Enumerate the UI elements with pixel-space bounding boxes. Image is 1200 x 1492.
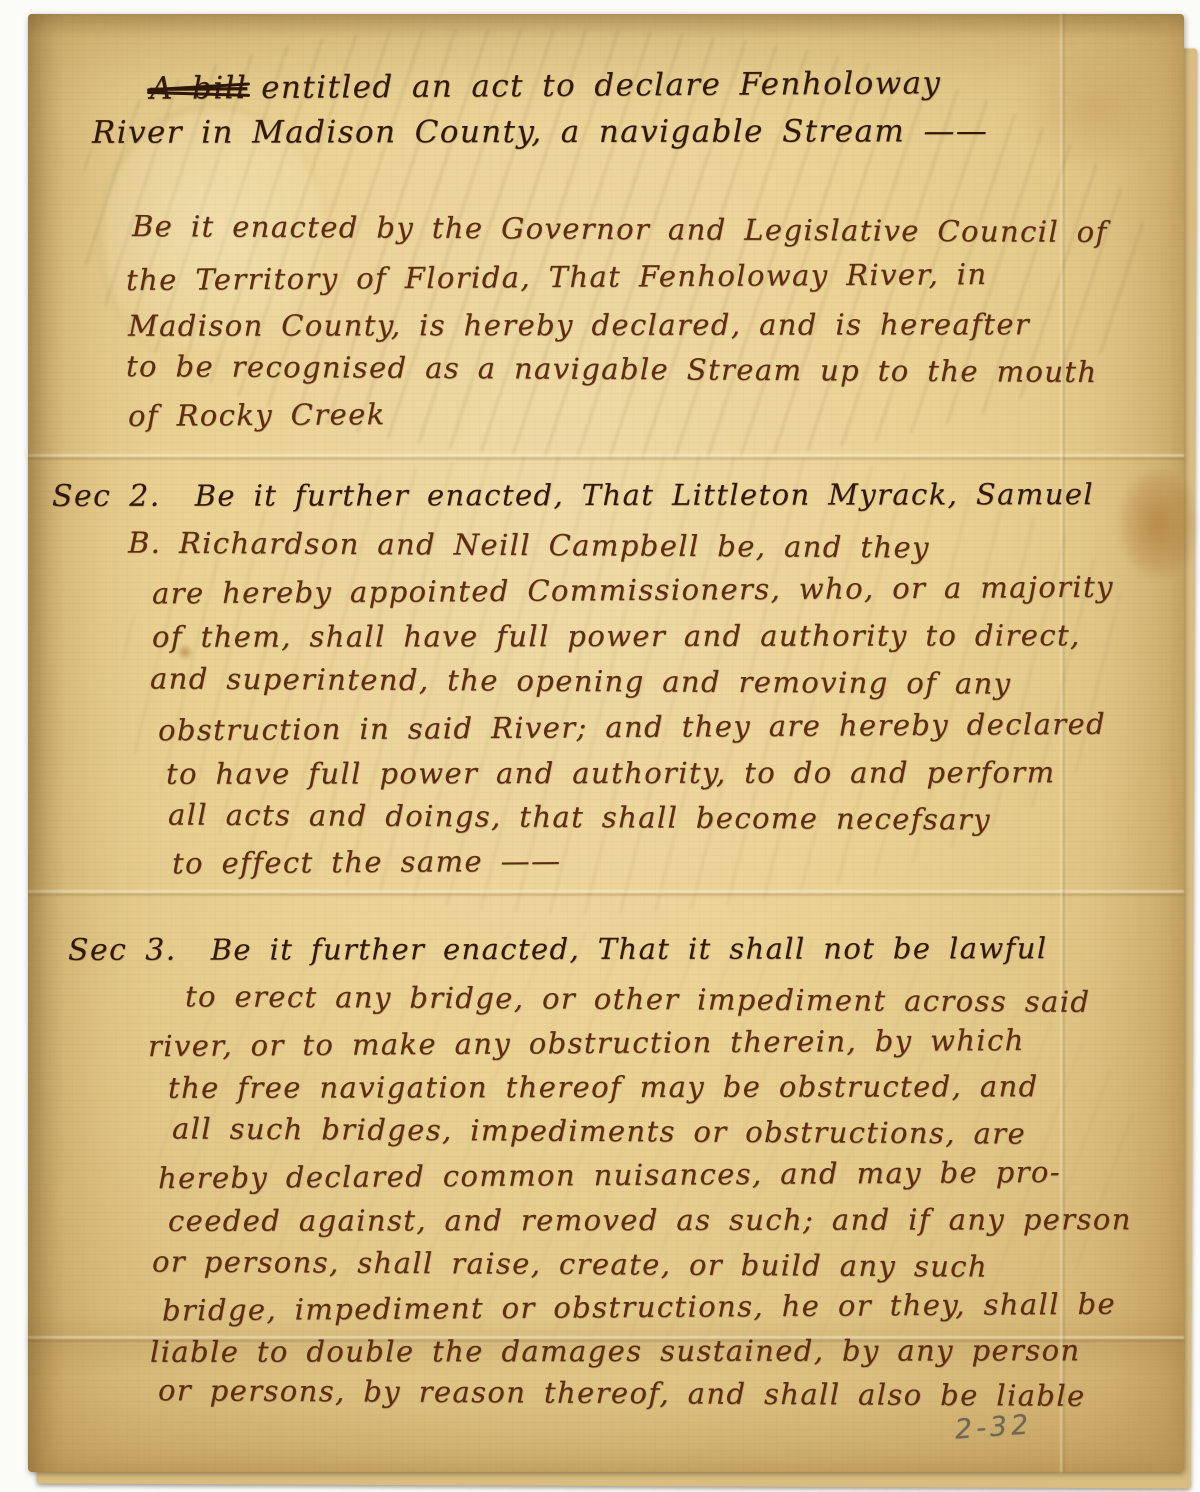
section3-line: or persons, by reason thereof, and shall… — [158, 1373, 1086, 1413]
section3-line: all such bridges, impediments or obstruc… — [172, 1111, 1026, 1150]
enacting-line: Be it enacted by the Governor and Legisl… — [132, 209, 1108, 249]
handwritten-text: A billentitled an act to declare Fenholo… — [28, 14, 1184, 1472]
enacting-line: to be recognised as a navigable Stream u… — [126, 349, 1098, 389]
section3-first-line: Sec 3.Be it further enacted, That it sha… — [68, 931, 1048, 968]
document-scan: A billentitled an act to declare Fenholo… — [0, 0, 1200, 1492]
section2-line: B. Richardson and Neill Campbell be, and… — [128, 526, 930, 565]
section3-line: river, or to make any obstruction therei… — [148, 1023, 1025, 1063]
title-line-2: River in Madison County, a navigable Str… — [92, 113, 988, 151]
section2-text: Be it further enacted, That Littleton My… — [195, 477, 1094, 513]
section3-line: or persons, shall raise, create, or buil… — [152, 1244, 988, 1283]
struck-out-words: A bill — [150, 70, 247, 107]
section2-first-line: Sec 2.Be it further enacted, That Little… — [52, 477, 1094, 514]
section2-line: of them, shall have full power and autho… — [152, 618, 1081, 654]
section2-label: Sec 2. — [52, 479, 161, 514]
title-text: entitled an act to declare Fenholoway — [261, 65, 941, 106]
section3-line: the free navigation thereof may be obstr… — [168, 1069, 1039, 1105]
section3-line: liable to double the damages sustained, … — [150, 1333, 1081, 1369]
section2-line: and superintend, the opening and removin… — [150, 661, 1012, 700]
enacting-line: of Rocky Creek — [128, 397, 386, 433]
section2-line: to effect the same —— — [172, 844, 562, 881]
enacting-line: Madison County, is hereby declared, and … — [128, 307, 1030, 343]
section3-line: to erect any bridge, or other impediment… — [185, 979, 1091, 1019]
section2-line: all acts and doings, that shall become n… — [168, 797, 991, 836]
section3-line: ceeded against, and removed as such; and… — [168, 1202, 1132, 1238]
section2-line: to have full power and authority, to do … — [166, 755, 1056, 791]
section3-label: Sec 3. — [68, 933, 177, 968]
section2-line: obstruction in said River; and they are … — [158, 707, 1106, 748]
section3-line: hereby declared common nuisances, and ma… — [158, 1155, 1061, 1195]
title-line-1: A billentitled an act to declare Fenholo… — [150, 65, 942, 107]
section3-text: Be it further enacted, That it shall not… — [211, 931, 1048, 966]
section3-line: bridge, impediment or obstructions, he o… — [162, 1287, 1116, 1328]
section2-line: are hereby appointed Commissioners, who,… — [152, 570, 1114, 611]
manuscript-page: A billentitled an act to declare Fenholo… — [28, 14, 1184, 1472]
enacting-line: the Territory of Florida, That Fenholowa… — [126, 257, 988, 297]
pencil-page-number: 2-32 — [954, 1409, 1033, 1445]
